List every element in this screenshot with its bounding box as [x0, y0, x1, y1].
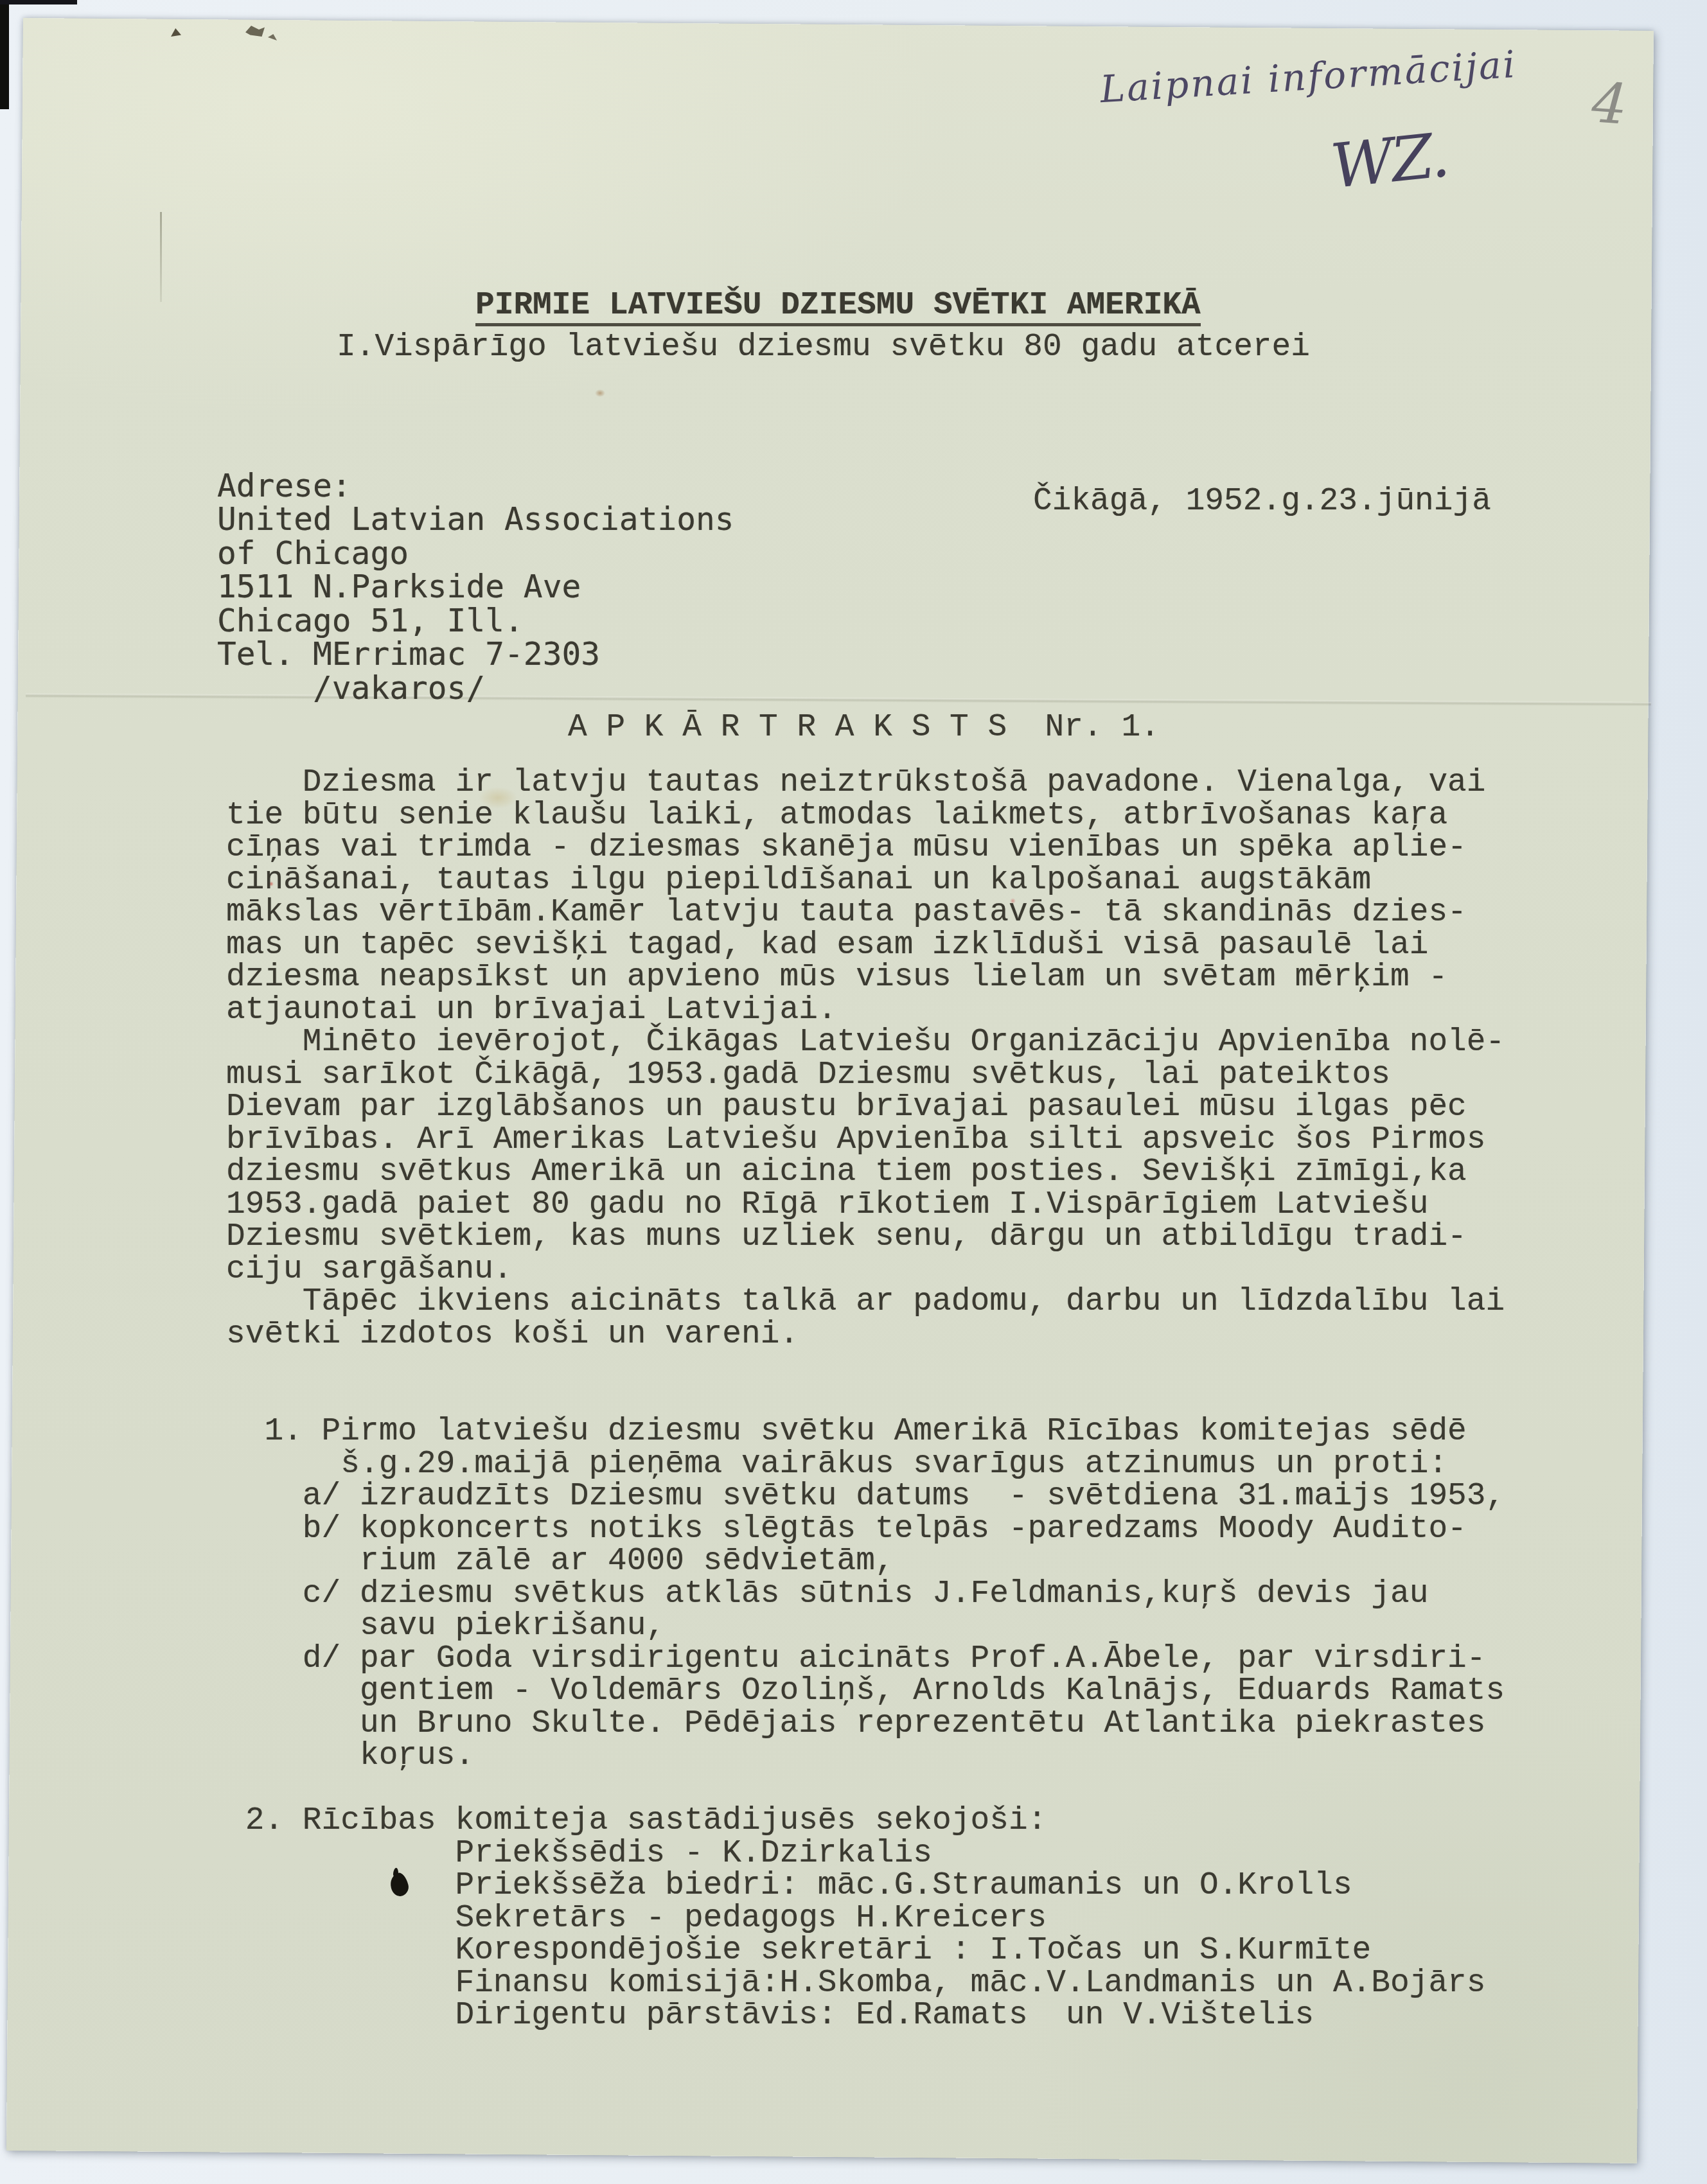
pencil-page-number: 4	[1590, 71, 1630, 137]
sender-address-block: Adrese: United Latvian Associations of C…	[217, 469, 734, 705]
paper-stain	[595, 389, 605, 397]
scanned-document-page: Laipnai informācijai WZ. 4 PIRMIE LATVIE…	[0, 0, 1707, 2184]
dateline: Čikāgā, 1952.g.23.jūnijā	[1033, 483, 1491, 519]
handwritten-initials: WZ.	[1328, 120, 1451, 202]
scan-edge-artifact	[0, 0, 9, 109]
staple-crease	[160, 212, 162, 302]
address-lines: United Latvian Associations of Chicago 1…	[217, 500, 734, 707]
circular-heading: A P K Ā R T R A K S T S Nr. 1.	[568, 709, 1160, 745]
letter-title-wrap: PIRMIE LATVIEŠU DZIESMU SVĒTKI AMERIKĀ	[475, 289, 1201, 326]
letter-subtitle: I.Vispārīgo latviešu dziesmu svētku 80 g…	[337, 330, 1310, 364]
letter-title: PIRMIE LATVIEŠU DZIESMU SVĒTKI AMERIKĀ	[475, 289, 1201, 326]
scan-edge-artifact-top	[0, 0, 77, 4]
address-label: Adrese:	[217, 467, 351, 504]
letter-body: Dziesma ir latvju tautas neiztrūkstošā p…	[226, 766, 1505, 2032]
